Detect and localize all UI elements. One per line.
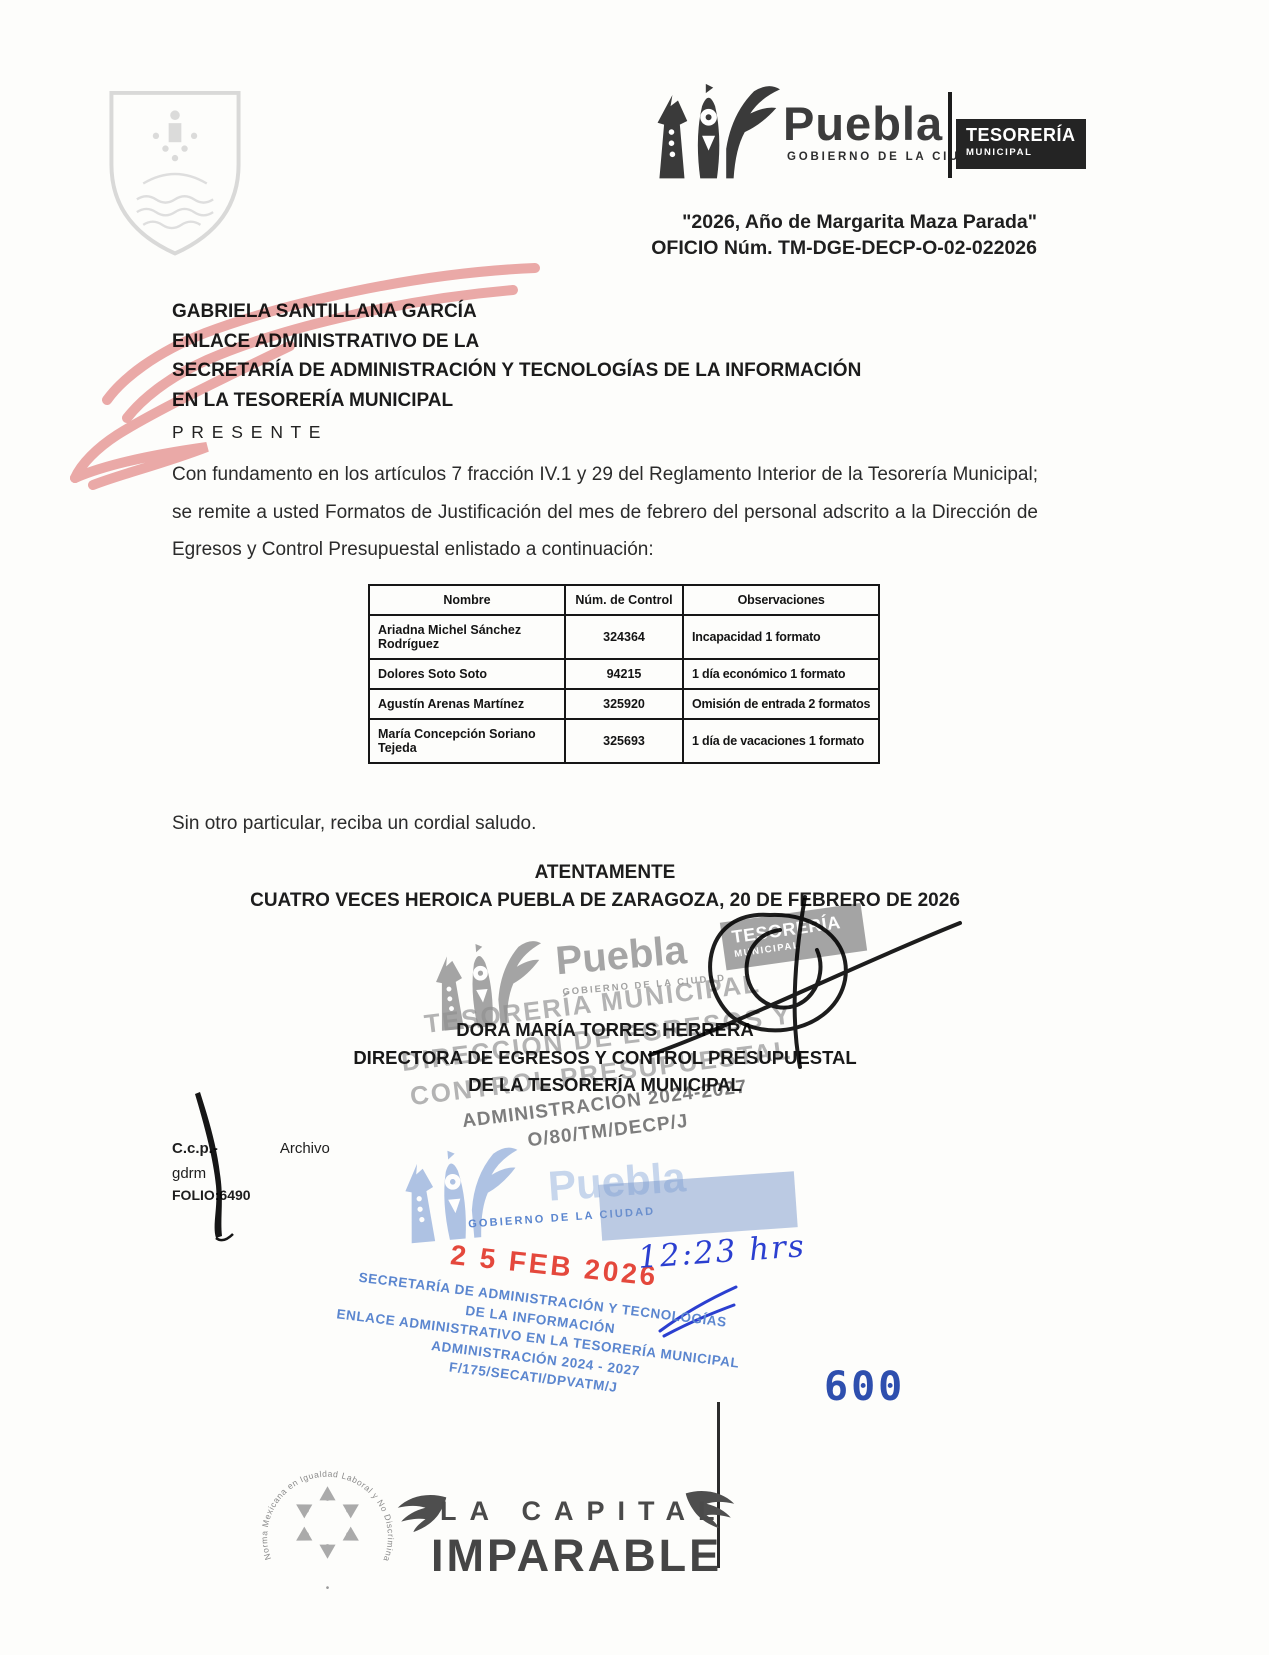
cell-control: 325920 [565, 689, 683, 719]
cell-observaciones: 1 día económico 1 formato [683, 659, 879, 689]
city-shield-watermark [95, 85, 255, 263]
year-legend: "2026, Año de Margarita Maza Parada" [500, 208, 1037, 237]
capital-logo-line2: IMPARABLE [431, 1530, 722, 1582]
ccp-value: Archivo [280, 1140, 330, 1157]
table-row: Dolores Soto Soto 94215 1 día económico … [369, 659, 879, 689]
closing-line: Sin otro particular, reciba un cordial s… [172, 813, 536, 835]
cell-control: 324364 [565, 615, 683, 659]
cell-nombre: Agustín Arenas Martínez [369, 689, 565, 719]
justification-table: Nombre Núm. de Control Observaciones Ari… [368, 584, 880, 764]
header-nombre: Nombre [369, 585, 565, 615]
seal-emblem [292, 1486, 363, 1558]
table-row: Ariadna Michel Sánchez Rodríguez 324364 … [369, 615, 879, 659]
atentamente-line: ATENTAMENTE [150, 862, 1060, 884]
cell-control: 325693 [565, 719, 683, 763]
tesoreria-badge: TESORERÍA MUNICIPAL [956, 119, 1086, 169]
table-row: Agustín Arenas Martínez 325920 Omisión d… [369, 689, 879, 719]
signature-scribble [555, 885, 985, 1090]
scanned-oficio-document: Puebla GOBIERNO DE LA CIUDAD TESORERÍA M… [0, 0, 1269, 1655]
puebla-skyline-icon [645, 82, 787, 184]
cell-control: 94215 [565, 659, 683, 689]
capital-logo-line1: LA CAPITAL [440, 1496, 727, 1527]
cell-observaciones: Omisión de entrada 2 formatos [683, 689, 879, 719]
logo-divider [948, 92, 952, 178]
badge-title: TESORERÍA [966, 125, 1086, 146]
oficio-number: OFICIO Núm. TM-DGE-DECP-O-02-022026 [500, 237, 1037, 260]
cell-nombre: Ariadna Michel Sánchez Rodríguez [369, 615, 565, 659]
cell-observaciones: 1 día de vacaciones 1 formato [683, 719, 879, 763]
puebla-logo-brand: Puebla [783, 96, 943, 151]
table-header-row: Nombre Núm. de Control Observaciones [369, 585, 879, 615]
pen-checkmark [175, 1086, 255, 1244]
cell-observaciones: Incapacidad 1 formato [683, 615, 879, 659]
header-observaciones: Observaciones [683, 585, 879, 615]
table-row: María Concepción Soriano Tejeda 325693 1… [369, 719, 879, 763]
badge-subtitle: MUNICIPAL [966, 147, 1086, 158]
cell-nombre: María Concepción Soriano Tejeda [369, 719, 565, 763]
folio-number-stamp: 600 [824, 1364, 905, 1410]
equality-seal: Norma Mexicana en Igualdad Laboral y No … [245, 1440, 410, 1605]
cell-nombre: Dolores Soto Soto [369, 659, 565, 689]
body-paragraph: Con fundamento en los artículos 7 fracci… [172, 456, 1038, 569]
seal-separator: • [326, 1583, 330, 1594]
header-control: Núm. de Control [565, 585, 683, 615]
